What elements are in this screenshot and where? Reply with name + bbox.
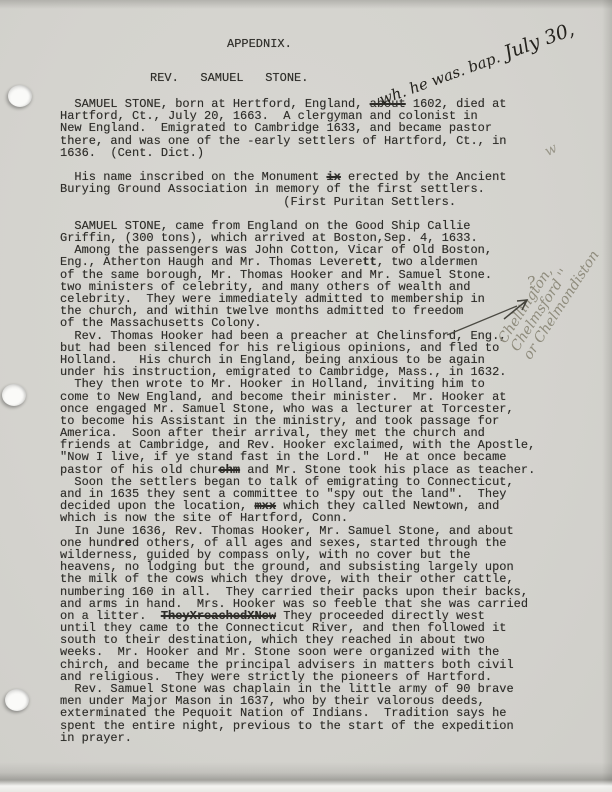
typed-line: in prayer. (60, 732, 535, 744)
scan-edge-shadow-top (0, 0, 612, 9)
scan-edge-shadow-right (602, 0, 612, 792)
page-header: APPEDNIX. (227, 37, 292, 51)
paragraph: His name inscribed on the Monument ix er… (60, 171, 535, 208)
punch-hole (5, 689, 29, 711)
paragraph: SAMUEL STONE, born at Hertford, England,… (60, 98, 535, 159)
pencil-stray-mark: w (542, 140, 560, 160)
scan-edge-shadow-bottom (0, 762, 612, 792)
typed-line: 1636. (Cent. Dict.) (60, 147, 535, 159)
typed-line: (First Puritan Settlers. (60, 196, 535, 208)
paragraph: SAMUEL STONE, came from England on the G… (60, 220, 535, 744)
punch-hole (8, 85, 32, 107)
handwritten-top-note-date: July 30, (495, 18, 577, 66)
page-title: REV. SAMUEL STONE. (150, 71, 308, 85)
typewritten-body: SAMUEL STONE, born at Hertford, England,… (60, 98, 535, 744)
handwritten-top-note: wh. he was. bap. July 30, (376, 18, 577, 109)
scanned-document-page: APPEDNIX. REV. SAMUEL STONE. SAMUEL STON… (0, 0, 612, 792)
punch-hole (2, 384, 26, 406)
